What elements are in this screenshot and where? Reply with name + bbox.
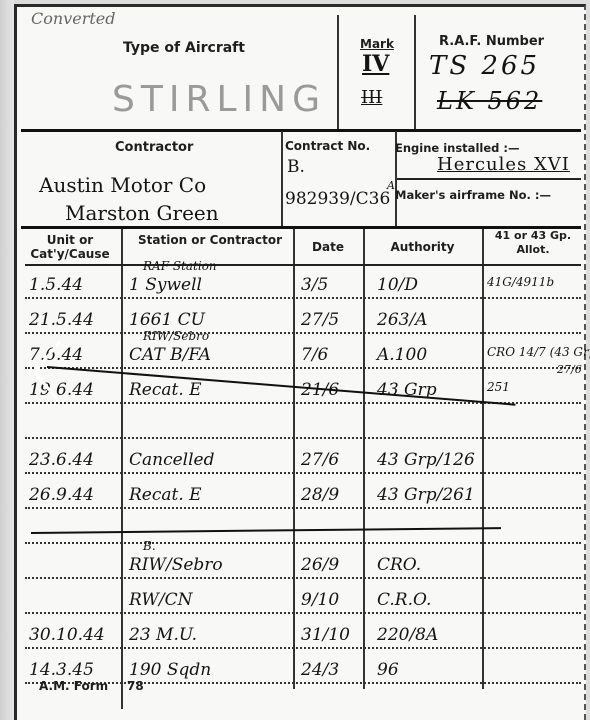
engine-installed-value: Hercules XVI [437, 154, 570, 175]
row-date: 24/3 [301, 660, 339, 680]
contractor-value-line2: Marston Green [65, 201, 219, 225]
contract-no-line2: 982939/C36 [285, 189, 390, 209]
header-divider [25, 264, 581, 266]
row-authority: 10/D [377, 275, 418, 295]
page-edge-shadow [0, 0, 14, 720]
row-station: RIW/Sebro [129, 555, 223, 575]
type-of-aircraft-label: Type of Aircraft [123, 40, 245, 56]
row-rule [25, 682, 581, 684]
row-date: 7/6 [301, 345, 328, 365]
row-authority: CRO. [377, 555, 421, 575]
row-rule [25, 297, 581, 299]
column-divider [121, 229, 123, 709]
row-authority: C.R.O. [377, 590, 431, 610]
row-date: 27/5 [301, 310, 339, 330]
row-station: 1 Sywell [129, 275, 202, 295]
row-unit: 30.10.44 [29, 625, 105, 645]
row-station-note: RIW/Sebro [143, 329, 209, 343]
row-allot: 251 [487, 380, 510, 394]
strike-through-line [31, 527, 501, 534]
column-header-unit: Unit or Cat'y/Cause [21, 233, 119, 261]
contract-no-suffix: A [387, 179, 395, 192]
column-header-station: Station or Contractor [135, 233, 285, 247]
row-station: 1661 CU [129, 310, 205, 330]
row-rule [25, 437, 581, 439]
row-authority: 43 Grp/126 [377, 450, 475, 470]
raf-number-value-2: LK 562 [437, 87, 542, 115]
row-station: CAT B/FA [129, 345, 211, 365]
row-rule [25, 577, 581, 579]
row-unit: 26.9.44 [29, 485, 94, 505]
row-station: Recat. E [129, 485, 202, 505]
row-rule [25, 332, 581, 334]
row-station: RW/CN [129, 590, 193, 610]
row-allot-note: 27/6 [557, 363, 582, 376]
row-date: 31/10 [301, 625, 350, 645]
divider [414, 15, 416, 129]
row-rule [25, 367, 581, 369]
row-date: 27/6 [301, 450, 339, 470]
row-date: 28/9 [301, 485, 339, 505]
contract-no-label: Contract No. [285, 139, 370, 153]
row-authority: 263/A [377, 310, 427, 330]
row-date: 26/9 [301, 555, 339, 575]
contractor-label: Contractor [115, 140, 193, 155]
divider [21, 129, 581, 132]
row-rule [25, 542, 581, 544]
chevron-left-icon[interactable] [30, 338, 70, 408]
row-rule [25, 647, 581, 649]
form-number: 78 [127, 679, 144, 693]
column-header-allot: 41 or 43 Gp. Allot. [484, 229, 582, 257]
aircraft-movement-card: Converted Type of Aircraft STIRLING Mark… [14, 4, 586, 720]
divider [337, 15, 339, 129]
row-authority: 43 Grp/261 [377, 485, 475, 505]
divider [281, 131, 283, 227]
raf-number-value-1: TS 265 [429, 51, 540, 81]
column-header-date: Date [295, 240, 361, 254]
row-station: Recat. E [129, 380, 202, 400]
type-of-aircraft-value: STIRLING [112, 79, 326, 120]
row-authority: 96 [377, 660, 399, 680]
contractor-value-line1: Austin Motor Co [39, 173, 206, 197]
mark-value-2: III [361, 87, 382, 108]
row-unit: 21.5.44 [29, 310, 94, 330]
row-authority: 220/8A [377, 625, 438, 645]
row-station-note: RAF Station [143, 259, 217, 273]
row-rule [25, 507, 581, 509]
mark-label: Mark [360, 37, 394, 51]
row-unit: 14.3.45 [29, 660, 94, 680]
divider [397, 178, 581, 180]
row-station: 190 Sqdn [129, 660, 211, 680]
row-date: 3/5 [301, 275, 328, 295]
row-date: 9/10 [301, 590, 339, 610]
row-station: Cancelled [129, 450, 215, 470]
mark-value-1: IV [362, 51, 389, 77]
strike-through-line [47, 366, 516, 406]
row-allot: 41G/4911b [487, 275, 554, 289]
row-station: 23 M.U. [129, 625, 197, 645]
row-unit: 1.5.44 [29, 275, 83, 295]
column-header-authority: Authority [365, 240, 480, 254]
row-authority: A.100 [377, 345, 427, 365]
top-note: Converted [31, 9, 115, 28]
makers-airframe-label: Maker's airframe No. :— [395, 188, 551, 202]
form-number-label: A.M. Form [39, 679, 108, 693]
raf-number-label: R.A.F. Number [439, 34, 544, 49]
row-allot: CRO 14/7 (43 Grp 126 [487, 345, 590, 359]
contract-no-line1: B. [287, 157, 305, 177]
row-rule [25, 612, 581, 614]
row-rule [25, 472, 581, 474]
engine-installed-label: Engine installed :— [395, 141, 519, 155]
row-unit: 23.6.44 [29, 450, 94, 470]
row-station-note: B. [143, 539, 156, 553]
